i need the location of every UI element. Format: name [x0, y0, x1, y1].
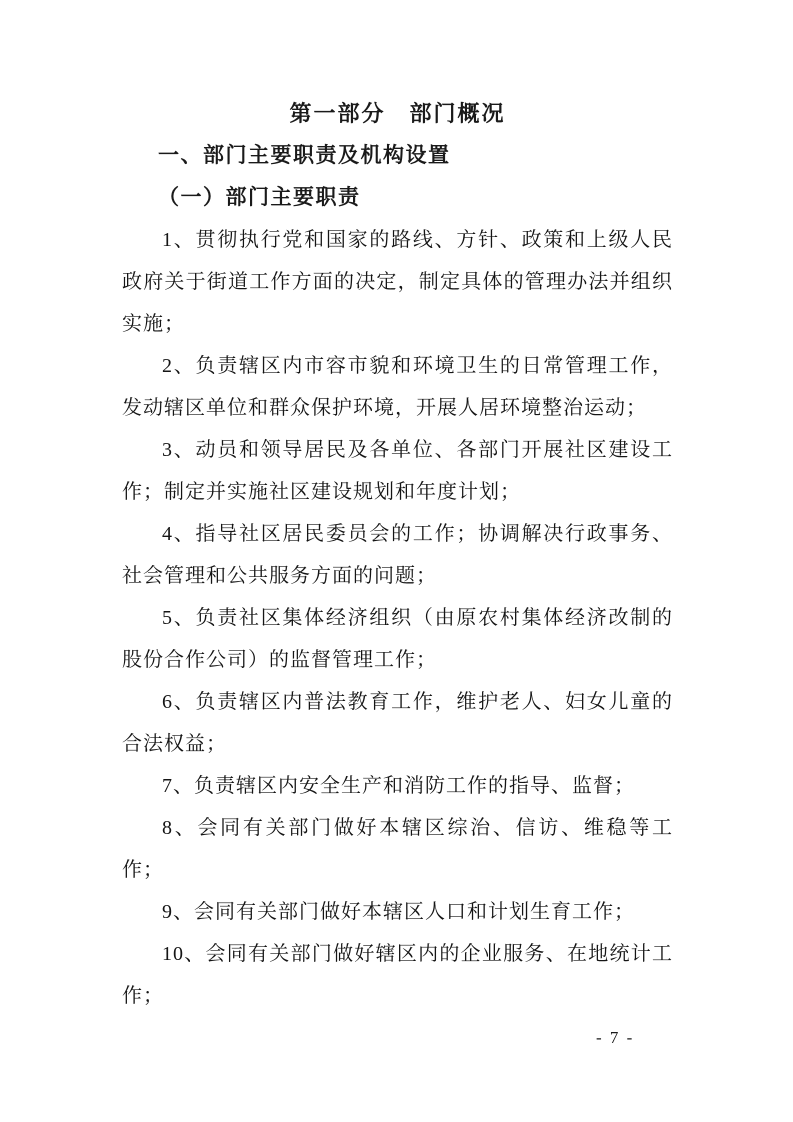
- paragraph-duty-2: 2、负责辖区内市容市貌和环境卫生的日常管理工作，发动辖区单位和群众保护环境，开展…: [122, 345, 673, 429]
- paragraph-duty-5: 5、负责社区集体经济组织（由原农村集体经济改制的股份合作公司）的监督管理工作；: [122, 597, 673, 681]
- heading-duties-and-structure: 一、部门主要职责及机构设置: [122, 135, 673, 177]
- paragraph-duty-8: 8、会同有关部门做好本辖区综治、信访、维稳等工作；: [122, 807, 673, 891]
- document-page: 第一部分 部门概况 一、部门主要职责及机构设置 （一）部门主要职责 1、贯彻执行…: [0, 0, 793, 1122]
- paragraph-duty-1: 1、贯彻执行党和国家的路线、方针、政策和上级人民政府关于街道工作方面的决定，制定…: [122, 219, 673, 345]
- paragraph-duty-7: 7、负责辖区内安全生产和消防工作的指导、监督；: [122, 765, 673, 807]
- paragraph-duty-4: 4、指导社区居民委员会的工作；协调解决行政事务、社会管理和公共服务方面的问题；: [122, 513, 673, 597]
- page-number: - 7 -: [596, 1028, 634, 1048]
- paragraph-duty-10: 10、会同有关部门做好辖区内的企业服务、在地统计工作；: [122, 933, 673, 1017]
- paragraph-duty-3: 3、动员和领导居民及各单位、各部门开展社区建设工作；制定并实施社区建设规划和年度…: [122, 429, 673, 513]
- paragraph-duty-9: 9、会同有关部门做好本辖区人口和计划生育工作；: [122, 891, 673, 933]
- paragraph-duty-6: 6、负责辖区内普法教育工作，维护老人、妇女儿童的合法权益；: [122, 681, 673, 765]
- subheading-main-duties: （一）部门主要职责: [122, 177, 673, 219]
- section-title: 第一部分 部门概况: [122, 93, 673, 135]
- document-content: 第一部分 部门概况 一、部门主要职责及机构设置 （一）部门主要职责 1、贯彻执行…: [122, 93, 673, 1017]
